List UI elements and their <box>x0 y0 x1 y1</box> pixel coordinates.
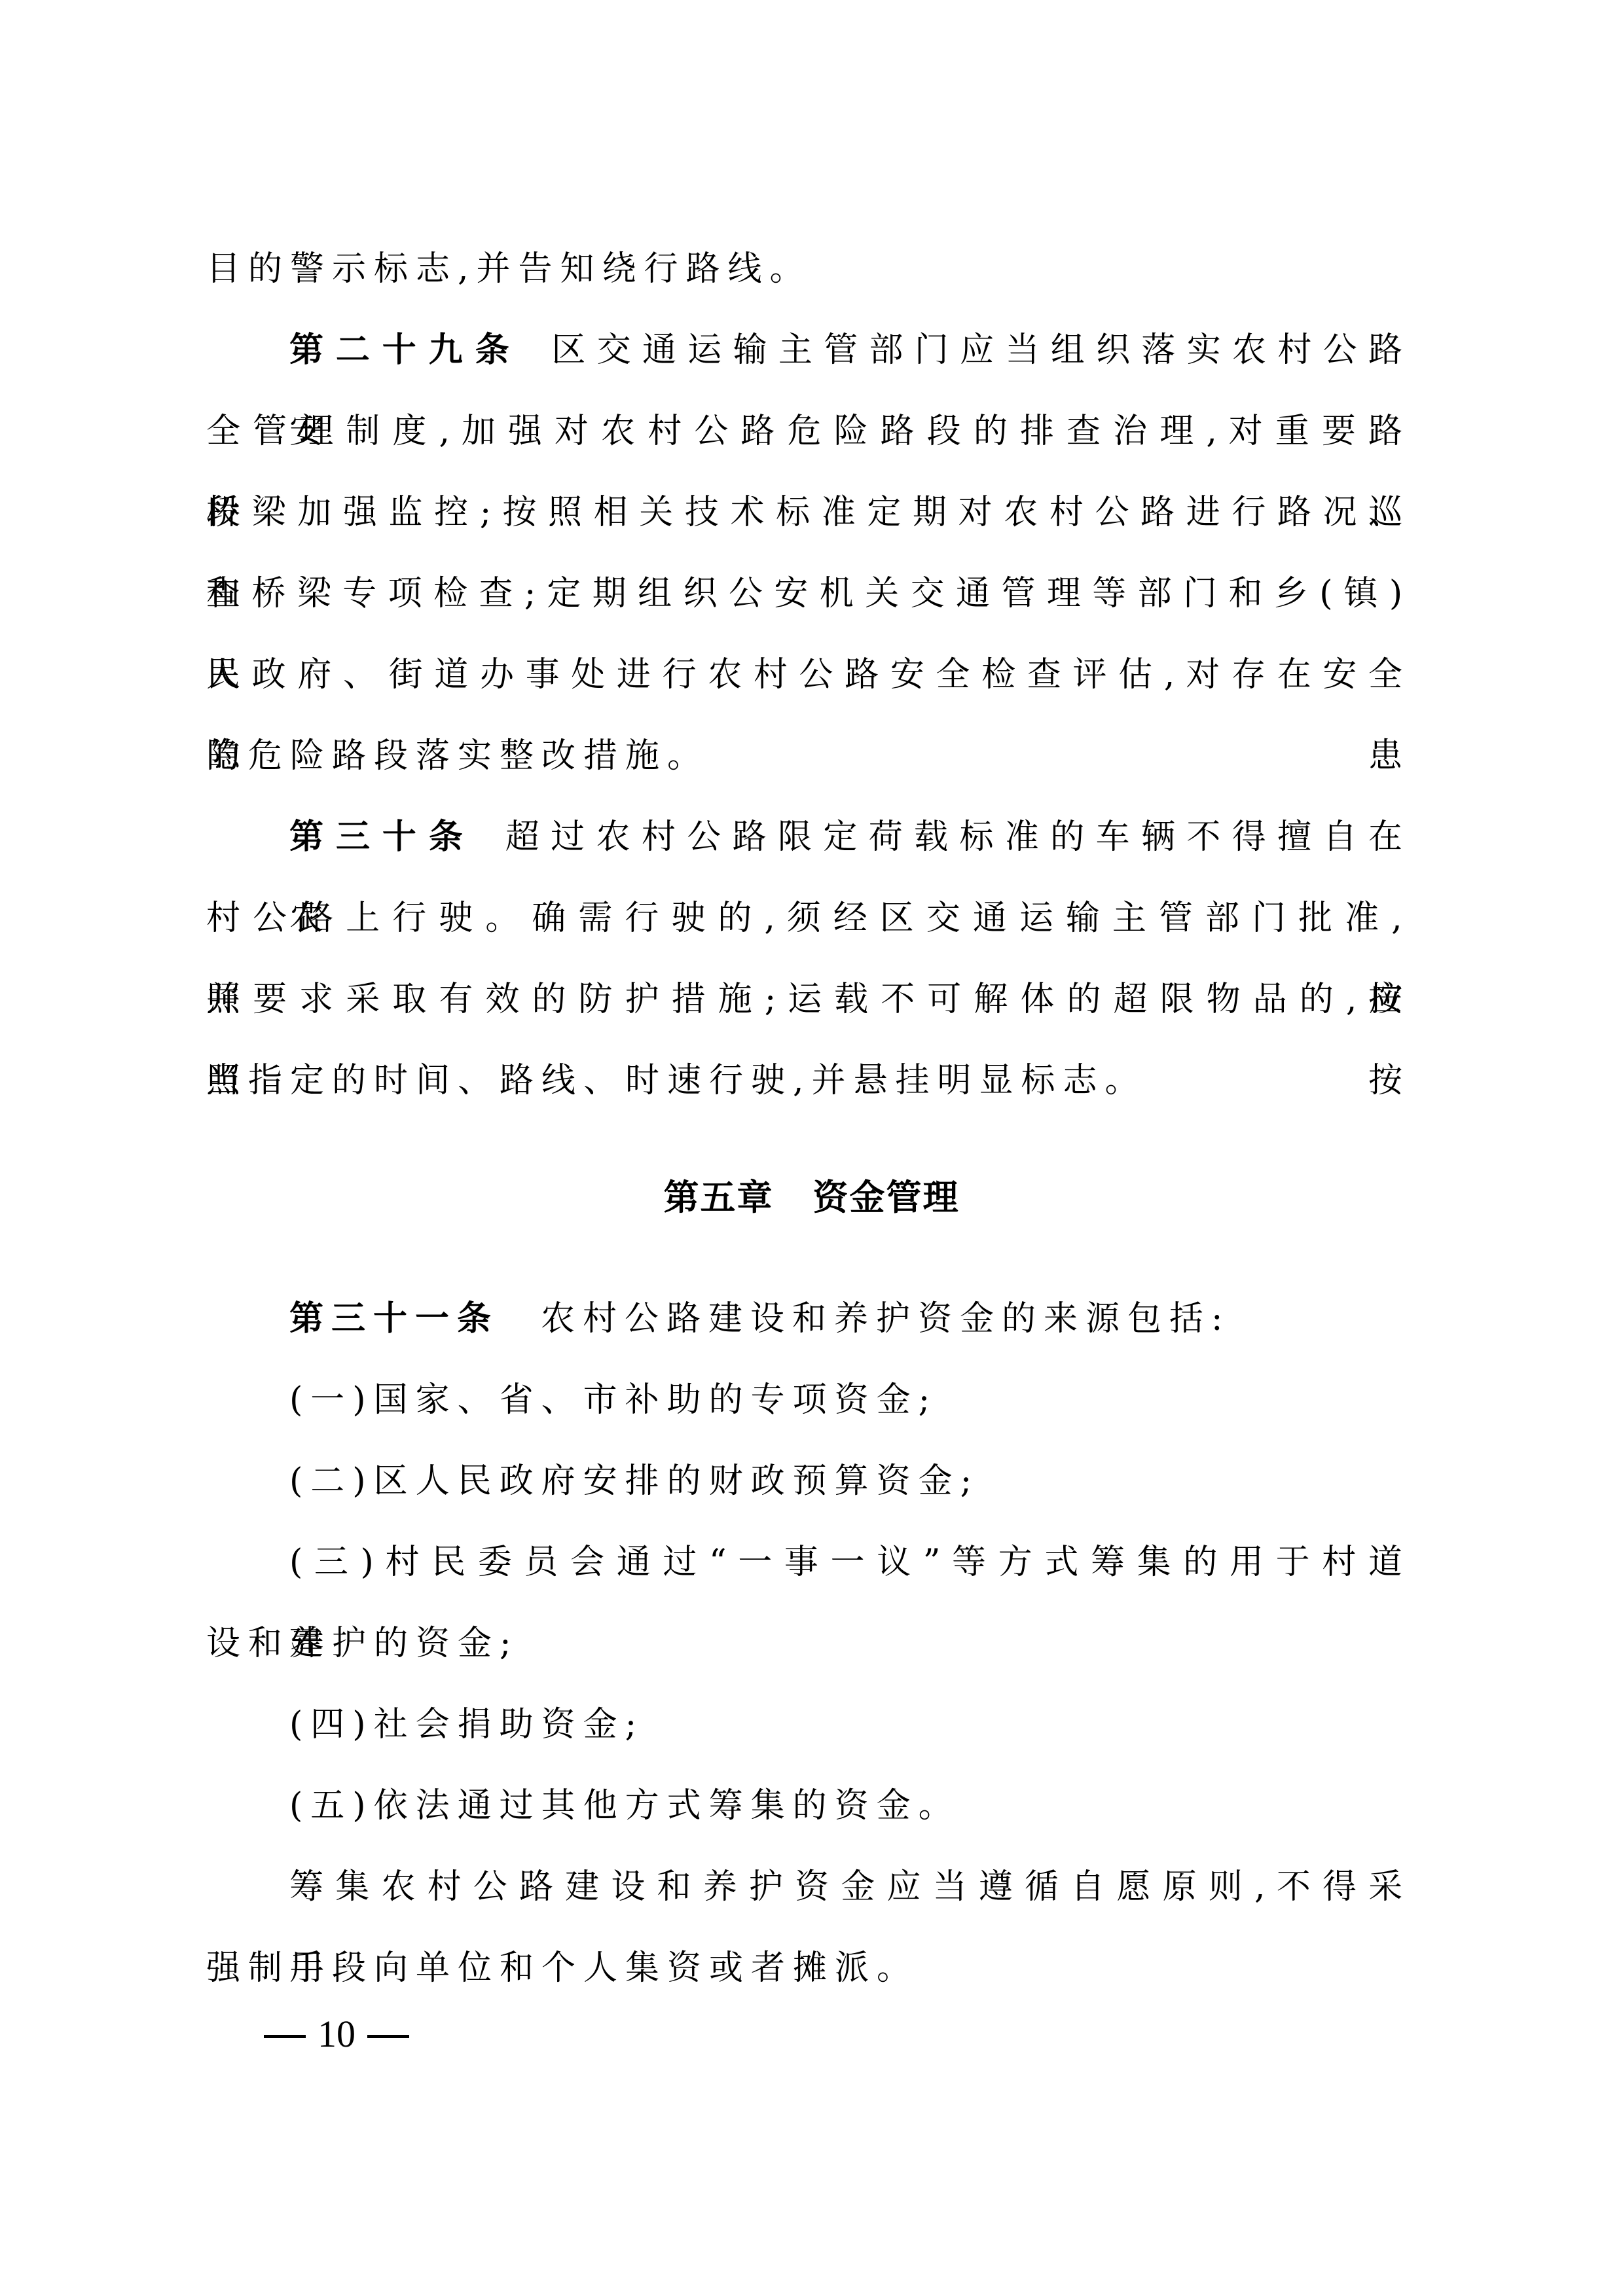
paragraph-line: 照 要 求 采 取 有 效 的 防 护 措 施 ; 运 载 不 可 解 体 的 … <box>206 959 1402 1040</box>
paragraph-line: 的危险路段落实整改措施。 <box>206 715 1402 797</box>
line-text: 农村公路建设和养护资金的来源包括: <box>541 1299 1231 1338</box>
line-text: (五)依法通过其他方式筹集的资金。 <box>289 1786 960 1825</box>
article-29-first-line: 第 二 十 九 条区 交 通 运 输 主 管 部 门 应 当 组 织 落 实 农… <box>289 310 1402 391</box>
line-text: 强制手段向单位和个人集资或者摊派。 <box>206 1948 919 1988</box>
document-page: 目的警示标志,并告知绕行路线。 第 二 十 九 条区 交 通 运 输 主 管 部… <box>0 0 1623 2296</box>
article-number: 第三十一条 <box>289 1299 499 1338</box>
article-30-first-line: 第 三 十 条超 过 农 村 公 路 限 定 荷 载 标 准 的 车 辆 不 得… <box>289 797 1402 878</box>
paragraph-line: 全 管 理 制 度 , 加 强 对 农 村 公 路 危 险 路 段 的 排 查 … <box>206 391 1402 472</box>
line-text: 设和养护的资金; <box>206 1624 519 1663</box>
paragraph-line: 村 公 路 上 行 驶 。 确 需 行 驶 的 , 须 经 区 交 通 运 输 … <box>206 878 1402 959</box>
list-item: (四)社会捐助资金; <box>289 1684 1402 1765</box>
paragraph-line: 强制手段向单位和个人集资或者摊派。 <box>206 1928 1402 2009</box>
chapter-heading: 第五章资金管理 <box>0 1165 1623 1230</box>
line-text: 目的警示标志,并告知绕行路线。 <box>206 249 812 289</box>
dash-decoration <box>264 2035 306 2038</box>
page-number: 10 <box>252 2008 421 2060</box>
page-number-value: 10 <box>318 2013 356 2055</box>
paragraph-line: 照指定的时间、路线、时速行驶,并悬挂明显标志。 <box>206 1040 1402 1121</box>
paragraph-line: 目的警示标志,并告知绕行路线。 <box>206 228 1402 310</box>
chapter-title: 资金管理 <box>813 1177 960 1218</box>
line-text: (四)社会捐助资金; <box>289 1705 644 1744</box>
paragraph-line: 民 政 府 、 街 道 办 事 处 进 行 农 村 公 路 安 全 检 查 评 … <box>206 634 1402 715</box>
list-item: (一)国家、省、市补助的专项资金; <box>289 1359 1402 1441</box>
paragraph-line: 设和养护的资金; <box>206 1603 1402 1684</box>
article-31-first-line: 第三十一条农村公路建设和养护资金的来源包括: <box>289 1278 1402 1359</box>
list-item: ( 三 ) 村 民 委 员 会 通 过 “ 一 事 一 议 ” 等 方 式 筹 … <box>289 1522 1402 1603</box>
line-text: 的危险路段落实整改措施。 <box>206 736 709 776</box>
article-number: 第 二 十 九 条 <box>289 331 509 370</box>
paragraph-line: 和 桥 梁 专 项 检 查 ; 定 期 组 织 公 安 机 关 交 通 管 理 … <box>206 553 1402 634</box>
article-number: 第 三 十 条 <box>289 817 463 857</box>
line-text: 照指定的时间、路线、时速行驶,并悬挂明显标志。 <box>206 1061 1147 1100</box>
line-text: (一)国家、省、市补助的专项资金; <box>289 1380 938 1420</box>
line-text: (二)区人民政府安排的财政预算资金; <box>289 1462 979 1501</box>
paragraph-line: 桥 梁 加 强 监 控 ; 按 照 相 关 技 术 标 准 定 期 对 农 村 … <box>206 472 1402 553</box>
dash-decoration <box>367 2035 409 2038</box>
paragraph-line: 筹 集 农 村 公 路 建 设 和 养 护 资 金 应 当 遵 循 自 愿 原 … <box>289 1846 1402 1928</box>
chapter-number: 第五章 <box>664 1177 774 1218</box>
list-item: (二)区人民政府安排的财政预算资金; <box>289 1441 1402 1522</box>
list-item: (五)依法通过其他方式筹集的资金。 <box>289 1765 1402 1846</box>
